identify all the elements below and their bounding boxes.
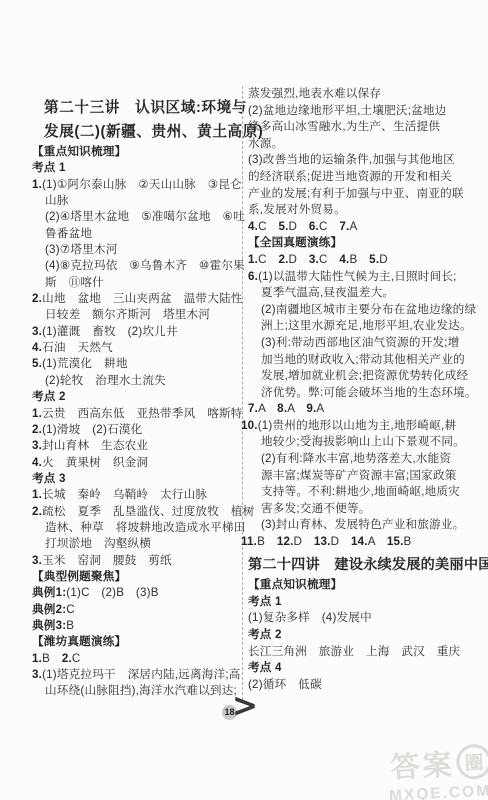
text-line: (2)轮牧 治理水土流失	[32, 373, 245, 389]
text-line: 水源。	[248, 136, 459, 153]
text-line: 山环绕(山脉阻挡),海洋水汽难以到达;	[32, 683, 245, 699]
text-line: (3)利:带动西部地区油气资源的开发;增	[248, 335, 459, 352]
text-line: 2.(1)滑坡 (2)石漠化	[32, 422, 245, 438]
text-line: (4)⑧克拉玛依 ⑨乌鲁木齐 ⑩霍尔果	[32, 258, 245, 274]
text-line: 【潍坊真题演练】	[32, 634, 245, 650]
text-line: 地较少;受海拔影响山上山下景观不同。	[248, 434, 459, 451]
text-line: 日较差 额尔齐斯河 塔里木河	[32, 307, 245, 323]
text-line: 2.山地 盆地 三山夹两盆 温带大陆性	[32, 291, 245, 307]
text-line: 缘多高山冰雪融水,为生产、生活提供	[248, 119, 459, 136]
text-line: 3.玉米 窑洞 腰鼓 剪纸	[32, 553, 245, 569]
text-line: 害多发;交通不便等。	[248, 501, 459, 518]
text-line: 系,发展对外贸易。	[248, 202, 459, 219]
text-line: 6.(1)以温带大陆性气候为主,日照时间长;	[248, 269, 459, 286]
text-line: 考点 2	[248, 627, 459, 644]
text-line: 4.石油 天然气	[32, 340, 245, 356]
text-line: 源丰富;煤炭等矿产资源丰富;国家政策	[248, 468, 459, 485]
text-line: 打坝淤地 沟壑纵横	[32, 536, 245, 552]
text-line: 典例3:B	[32, 618, 245, 634]
text-line: 加当地的财政收入;带动其他相关产业的	[248, 352, 459, 369]
text-line: 产业的发展;有利于加强与中亚、南亚的联	[248, 186, 459, 203]
text-line: 3.(1)塔克拉玛干 深居内陆,远离海洋;高	[32, 667, 245, 683]
text-line: 考点 1	[32, 160, 245, 176]
text-line: 1.C 2.D 3.C 4.B 5.D	[248, 252, 459, 269]
watermark-brand: 答案 圈	[386, 740, 488, 786]
text-line: 【重点知识梳理】	[248, 577, 459, 594]
text-line: 洲上;这里水源充足,地形平坦,农业发达。	[248, 318, 459, 335]
text-line: 3.(1)灌溉 畜牧 (2)坎儿井	[32, 324, 245, 340]
text-line: 4.C 5.D 6.C 7.A	[248, 219, 459, 236]
text-line: 考点 3	[32, 471, 245, 487]
text-line: 斯 ⑪喀什	[32, 275, 245, 291]
text-line: (2)盆地边缘地形平坦,土壤肥沃;盆地边	[248, 103, 459, 120]
text-line: 10.(1)贵州的地形以山地为主,地形崎岖,耕	[241, 418, 459, 435]
page-marker: 18 >	[218, 692, 262, 732]
text-line: 【重点知识梳理】	[32, 144, 245, 160]
text-line: 【典型例题聚焦】	[32, 569, 245, 585]
text-line: 支持等。不利:耕地少,地面崎岖,地质灾	[248, 484, 459, 501]
text-line: 7.A 8.A 9.A	[248, 401, 459, 418]
watermark: 答案 圈 MXQE.COM	[386, 740, 488, 800]
answer-page: 第二十三讲 认识区域:环境与发展(二)(新疆、贵州、黄土高原)【重点知识梳理】考…	[0, 0, 488, 800]
text-line: (3)⑦塔里木河	[32, 242, 245, 258]
text-line: 1.云贵 西高东低 亚热带季风 喀斯特	[32, 406, 245, 422]
text-line: (2)循环 低碳	[248, 677, 459, 694]
text-line: (2)④塔里木盆地 ⑤准噶尔盆地 ⑥吐	[32, 209, 245, 225]
text-line: 1.B 2.C	[32, 651, 245, 667]
text-line: 考点 2	[32, 389, 245, 405]
left-column: 第二十三讲 认识区域:环境与发展(二)(新疆、贵州、黄土高原)【重点知识梳理】考…	[32, 96, 245, 700]
text-line: (1)复杂多样 (4)发展中	[248, 610, 459, 627]
text-line: 考点 1	[248, 594, 459, 611]
text-line: 【全国真题演练】	[248, 235, 459, 252]
text-line: 夏季气温高,昼夜温差大。	[248, 285, 459, 302]
text-line: 鲁番盆地	[32, 226, 245, 242]
text-line: 第二十四讲 建设永续发展的美丽中国	[248, 557, 459, 574]
text-line: 蒸发强烈,地表水难以保存	[248, 86, 459, 103]
text-line: 发展,增加就业机会;把资源优势转化成经	[248, 368, 459, 385]
text-line: 3.封山育林 生态农业	[32, 438, 245, 454]
text-line: 济优势。弊:可能会破坏当地的生态环境。	[248, 385, 459, 402]
text-line: 造林、种草 将坡耕地改造成水平梯田	[32, 520, 245, 536]
column-divider	[242, 86, 243, 700]
right-column: 蒸发强烈,地表水难以保存(2)盆地边缘地形平坦,土壤肥沃;盆地边缘多高山冰雪融水…	[248, 86, 459, 693]
text-line: 典例1:(1)C (2)B (3)B	[32, 585, 245, 601]
text-line: (2)南疆地区城市主要分布在盆地边缘的绿	[248, 302, 459, 319]
text-line: 山脉	[32, 193, 245, 209]
text-line: 典例2:C	[32, 602, 245, 618]
text-line: 2.疏松 夏季 乱垦滥伐、过度放牧 植树	[32, 504, 245, 520]
text-line: 的经济联系;促进当地资源的开发和相关	[248, 169, 459, 186]
chevron-right-icon: >	[232, 687, 258, 725]
text-line: (3)封山育林、发展特色产业和旅游业。	[248, 517, 459, 534]
text-line: 发展(二)(新疆、贵州、黄土高原)	[32, 120, 245, 144]
text-line: 4.火 黄果树 织金洞	[32, 455, 245, 471]
text-line: 5.(1)荒漠化 耕地	[32, 356, 245, 372]
text-line: (2)有利:降水丰富,地势落差大,水能资	[248, 451, 459, 468]
text-line: 长江三角洲 旅游业 上海 武汉 重庆	[248, 644, 459, 661]
text-line: 考点 4	[248, 660, 459, 677]
watermark-logo-icon: 圈	[456, 743, 488, 780]
text-line: 1.长城 秦岭 乌鞘岭 太行山脉	[32, 487, 245, 503]
text-line: 1.(1)①阿尔泰山脉 ②天山山脉 ③昆仑	[32, 177, 245, 193]
text-line: 11.B 12.D 13.D 14.A 15.B	[241, 534, 459, 551]
text-line: 第二十三讲 认识区域:环境与	[32, 96, 245, 120]
text-line: (3)改善当地的运输条件,加强与其他地区	[248, 152, 459, 169]
watermark-brand-text: 答案	[389, 742, 455, 786]
